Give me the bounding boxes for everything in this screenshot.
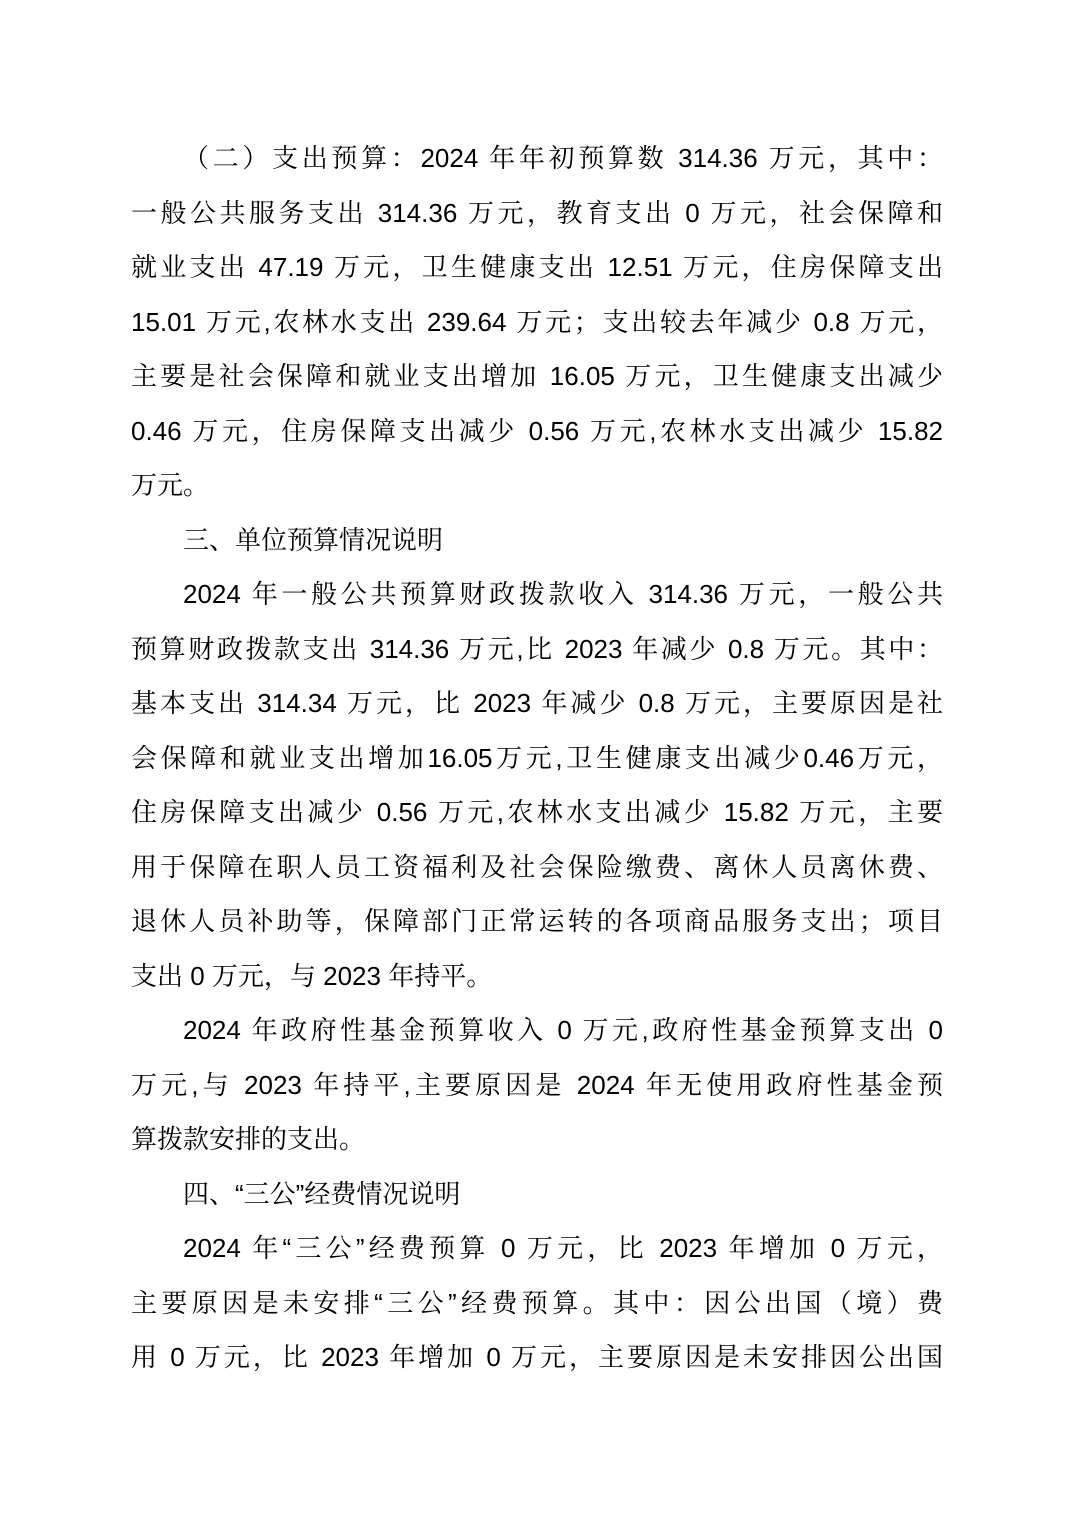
text-line: 0.46 万元，住房保障支出减少 0.56 万元,农林水支出减少 15.82 (131, 404, 943, 459)
text-line: 用 0 万元，比 2023 年增加 0 万元，主要原因是未安排因公出国 (131, 1330, 943, 1385)
text-line: 基本支出 314.34 万元，比 2023 年减少 0.8 万元，主要原因是社 (131, 676, 943, 731)
text-line: 会保障和就业支出增加16.05万元,卫生健康支出减少0.46万元， (131, 731, 943, 786)
section-heading: 四、“三公”经费情况说明 (131, 1167, 943, 1222)
text-line: 15.01 万元,农林水支出 239.64 万元；支出较去年减少 0.8 万元， (131, 295, 943, 350)
text-line: 算拨款安排的支出。 (131, 1112, 943, 1167)
text-line: 主要是社会保障和就业支出增加 16.05 万元，卫生健康支出减少 (131, 349, 943, 404)
text-line: 用于保障在职人员工资福利及社会保险缴费、离休人员离休费、 (131, 840, 943, 895)
text-line: 一般公共服务支出 314.36 万元，教育支出 0 万元，社会保障和 (131, 186, 943, 241)
text-line: 支出 0 万元，与 2023 年持平。 (131, 949, 943, 1004)
text-line: 2024 年政府性基金预算收入 0 万元,政府性基金预算支出 0 (131, 1003, 943, 1058)
text-line: （二）支出预算：2024 年年初预算数 314.36 万元，其中： (131, 131, 943, 186)
text-line: 万元。 (131, 458, 943, 513)
text-line: 住房保障支出减少 0.56 万元,农林水支出减少 15.82 万元，主要 (131, 785, 943, 840)
text-line: 万元,与 2023 年持平,主要原因是 2024 年无使用政府性基金预 (131, 1058, 943, 1113)
section-heading: 三、单位预算情况说明 (131, 513, 943, 568)
text-line: 2024 年一般公共预算财政拨款收入 314.36 万元，一般公共 (131, 567, 943, 622)
text-line: 2024 年“三公”经费预算 0 万元，比 2023 年增加 0 万元， (131, 1221, 943, 1276)
text-line: 退休人员补助等，保障部门正常运转的各项商品服务支出；项目 (131, 894, 943, 949)
text-line: 预算财政拨款支出 314.36 万元,比 2023 年减少 0.8 万元。其中： (131, 622, 943, 677)
text-line: 就业支出 47.19 万元，卫生健康支出 12.51 万元，住房保障支出 (131, 240, 943, 295)
document-page: （二）支出预算：2024 年年初预算数 314.36 万元，其中： 一般公共服务… (0, 0, 1074, 1520)
text-line: 主要原因是未安排“三公”经费预算。其中：因公出国（境）费 (131, 1276, 943, 1331)
